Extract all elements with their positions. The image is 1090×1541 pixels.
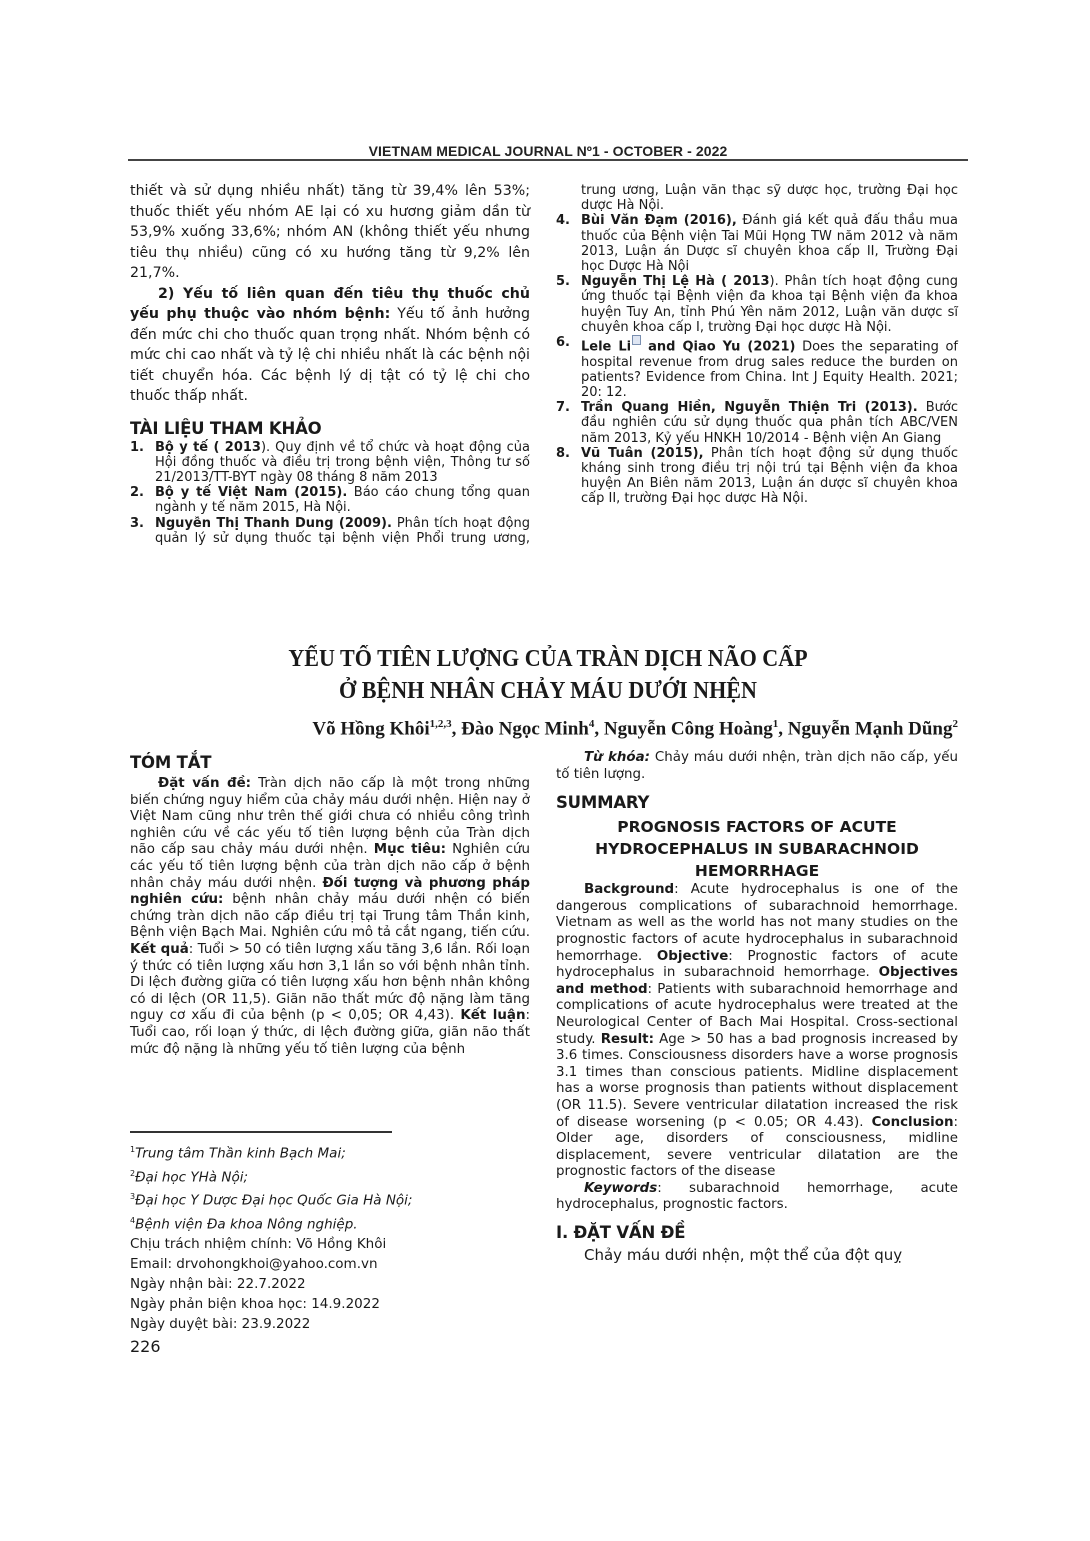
keywords-vi: Từ khóa: Chảy máu dưới nhện, tràn dịch n…: [556, 750, 958, 783]
corresponding-author: Chịu trách nhiệm chính: Võ Hồng Khôi: [130, 1234, 530, 1254]
section-1-text: Chảy máu dưới nhện, một thể của đột quỵ: [556, 1244, 958, 1266]
reference-item: 7.Trần Quang Hiền, Nguyễn Thiện Tri (201…: [556, 400, 958, 446]
summary-english-title: PROGNOSIS FACTORS OF ACUTE HYDROCEPHALUS…: [556, 816, 958, 882]
footnote-rule: [130, 1131, 392, 1133]
header-rule: [128, 159, 968, 161]
affiliation: 4Bệnh viện Đa khoa Nông nghiệp.: [130, 1211, 530, 1235]
date-accepted: Ngày duyệt bài: 23.9.2022: [130, 1314, 530, 1334]
footnotes: 1Trung tâm Thần kinh Bạch Mai; 2Đại học …: [130, 1140, 530, 1334]
affiliation: 2Đại học YHà Nội;: [130, 1164, 530, 1188]
keywords-en: Keywords: subarachnoid hemorrhage, acute…: [556, 1181, 958, 1214]
journal-running-header: VIETNAM MEDICAL JOURNAL Nº1 - OCTOBER - …: [128, 143, 968, 159]
summary-heading: SUMMARY: [556, 792, 958, 814]
references-list-left: 1.Bộ y tế ( 2013). Quy định về tổ chức v…: [130, 440, 530, 546]
author-email: Email: drvohongkhoi@yahoo.com.vn: [130, 1254, 530, 1274]
reference-item: 3.Nguyễn Thị Thanh Dung (2009). Phân tíc…: [130, 516, 530, 546]
references-heading: TÀI LIỆU THAM KHẢO: [130, 418, 530, 440]
article-title-line-2: Ở BỆNH NHÂN CHẢY MÁU DƯỚI NHỆN: [162, 675, 935, 707]
reference-item: 5.Nguyễn Thị Lệ Hà ( 2013). Phân tích ho…: [556, 274, 958, 335]
date-reviewed: Ngày phản biện khoa học: 14.9.2022: [130, 1294, 530, 1314]
affiliation: 3Đại học Y Dược Đại học Quốc Gia Hà Nội;: [130, 1187, 530, 1211]
abstract-vietnamese: TÓM TẮT Đặt vấn đề: Tràn dịch não cấp là…: [130, 752, 530, 1058]
date-received: Ngày nhận bài: 22.7.2022: [130, 1274, 530, 1294]
reference-item-continued: trung ương, Luận văn thạc sỹ dược học, t…: [556, 183, 958, 213]
author-name: Nguyễn Mạnh Dũng: [788, 718, 953, 739]
reference-item: 2.Bộ y tế Việt Nam (2015). Báo cáo chung…: [130, 485, 530, 515]
reference-item: 8.Vũ Tuân (2015), Phân tích hoạt động sử…: [556, 446, 958, 507]
article-title-line-1: YẾU TỐ TIÊN LƯỢNG CỦA TRÀN DỊCH NÃO CẤP: [162, 643, 935, 675]
page-number: 226: [130, 1337, 161, 1356]
reference-item: 1.Bộ y tế ( 2013). Quy định về tổ chức v…: [130, 440, 530, 486]
prev-conclusion-paragraph-1: thiết và sử dụng nhiều nhất) tăng từ 39,…: [130, 181, 530, 284]
prev-conclusion-paragraph-2: 2) Yếu tố liên quan đến tiêu thụ thuốc c…: [130, 284, 530, 407]
prev-article-left-column: thiết và sử dụng nhiều nhất) tăng từ 39,…: [130, 181, 530, 546]
author-name: Nguyễn Công Hoàng: [604, 718, 773, 739]
section-1-heading: I. ĐẶT VẤN ĐỀ: [556, 1222, 958, 1244]
author-list: Võ Hồng Khôi1,2,3, Đào Ngọc Minh4, Nguyễ…: [128, 712, 958, 741]
reference-item: 6.Lele Li and Qiao Yu (2021) Does the se…: [556, 335, 958, 400]
author-name: Đào Ngọc Minh: [461, 718, 589, 739]
article-title: YẾU TỐ TIÊN LƯỢNG CỦA TRÀN DỊCH NÃO CẤP …: [162, 643, 935, 707]
abstract-vi-heading: TÓM TẮT: [130, 752, 530, 774]
reference-item: 4.Bùi Văn Đạm (2016), Đánh giá kết quả đ…: [556, 213, 958, 274]
references-list-right: trung ương, Luận văn thạc sỹ dược học, t…: [556, 183, 958, 507]
missing-glyph-icon: [632, 335, 641, 345]
author-name: Võ Hồng Khôi: [312, 718, 429, 739]
abstract-en-body: Background: Acute hydrocephalus is one o…: [556, 882, 958, 1181]
affiliation: 1Trung tâm Thần kinh Bạch Mai;: [130, 1140, 530, 1164]
abstract-right-column: Từ khóa: Chảy máu dưới nhện, tràn dịch n…: [556, 750, 958, 1266]
abstract-vi-body: Đặt vấn đề: Tràn dịch não cấp là một tro…: [130, 776, 530, 1058]
